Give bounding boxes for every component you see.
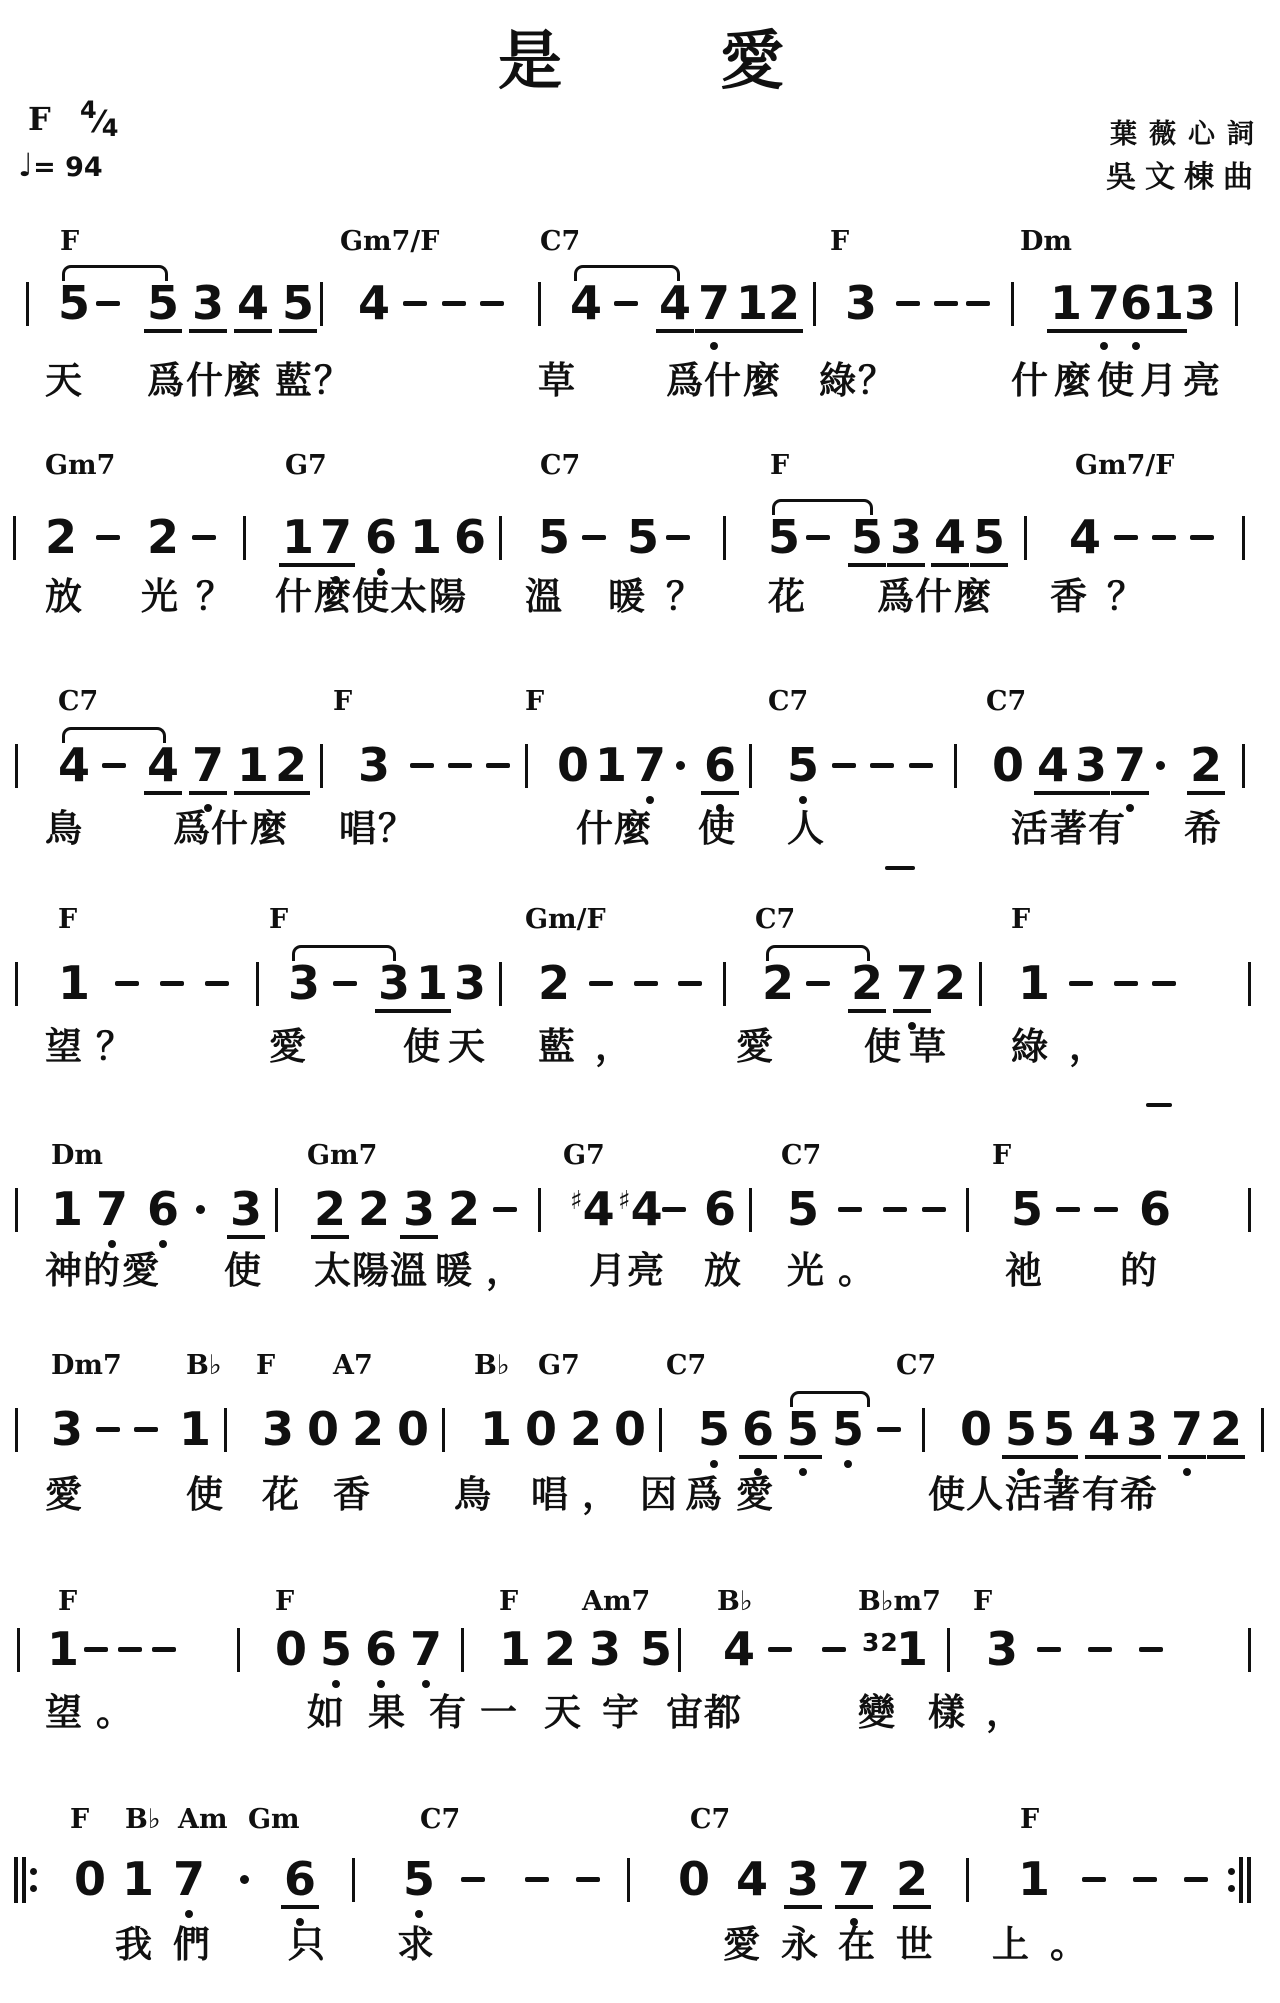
lyric-char: 花 [262,1476,299,1513]
tie-arc [292,945,396,961]
note-digit: ♯4 [618,1186,663,1232]
note-digit: 3 [1126,1406,1158,1452]
lyric-char: 爲 [147,362,184,399]
lyric-char: 溫 [525,578,562,615]
note-digit: 7 [838,1856,870,1902]
lyric-char: 麼 [314,578,351,615]
lyric-char: 愛 [736,1476,773,1513]
note-digit: 2 [934,960,966,1006]
low-octave-dot [185,1910,193,1918]
lyric-char: ， [582,1476,619,1513]
low-octave-dot [710,1460,718,1468]
duration-dash [666,535,690,540]
duration-dash [634,981,658,986]
key-letter: F [28,100,51,138]
note-digit: 5 [640,1626,672,1672]
lyric-char: 什 [1011,362,1048,399]
note-digit: 7 [173,1856,205,1902]
note-digit: 5 [1011,1186,1043,1232]
note-digit: 4 [1069,514,1101,560]
lyric-char: 什 [915,578,952,615]
lyric-char: 上 [992,1926,1029,1963]
lyric-char: 人 [787,810,824,847]
low-octave-dot [710,342,718,350]
chord-label: C7 [58,688,98,715]
note-digit: 1 [595,742,627,788]
note-digit: 1 [499,1626,531,1672]
duration-dash [966,301,990,306]
note-digit: ♯4 [570,1186,615,1232]
barline [442,1408,445,1452]
duration-dash [96,301,120,306]
chord-label: B♭ [186,1352,222,1379]
chord-label: F [992,1142,1011,1169]
lyric-char: 什 [186,362,223,399]
note-digit: 1 [122,1856,154,1902]
note-digit: 4 [659,280,691,326]
duration-dash [883,1207,907,1212]
note-digit: 4 [736,1856,768,1902]
note-digit: 3 [378,960,410,1006]
time-signature: 4⁄4 [80,96,118,142]
repeat-bar [1239,1857,1243,1903]
note-digit: 1 [179,1406,211,1452]
low-octave-dot [159,1240,167,1248]
chord-label: C7 [690,1806,730,1833]
lyric-char: 麼 [614,810,651,847]
note-digit: 1 [47,1626,79,1672]
barline [1261,1408,1264,1452]
lyric-char: 的 [83,1252,120,1289]
barline [659,1408,662,1452]
duration-dash [838,1207,862,1212]
note-digit: 1 [896,1626,928,1672]
lyric-char: 一 [480,1694,517,1731]
sheet-music-page: 是 愛 F 4⁄4 ♩= 94 葉薇心詞 吳文棟曲 FGm7/FC7FDm553… [0,0,1280,2003]
chord-label: F [1020,1806,1039,1833]
barline [1248,1188,1251,1232]
lyric-char: 綠 [1011,1028,1048,1065]
note-digit: 0 [74,1856,106,1902]
lyric-char: 都 [704,1694,741,1731]
lyric-char: 如 [307,1694,344,1731]
note-digit: 7 [896,960,928,1006]
duration-dash [461,1877,485,1882]
note-digit: 0 [992,742,1024,788]
barline [275,1188,278,1232]
barline [749,1188,752,1232]
note-digit: 6 [1120,280,1152,326]
lyric-char: 人 [966,1476,1003,1513]
lyric-char: 活 [1011,810,1048,847]
duration-dash [118,1647,142,1652]
lyric-char: 只 [288,1926,325,1963]
duration-dash [160,981,184,986]
note-digit: 1 [58,960,90,1006]
duration-dash [1152,981,1176,986]
note-digit: 2 [45,514,77,560]
barline [15,962,18,1006]
note-digit: 5 [973,514,1005,560]
lyric-char: ？ [378,810,415,847]
lyric-char: 麼 [250,810,287,847]
barline [813,282,816,326]
note-digit: 4 [237,280,269,326]
chord-label: F [499,1588,518,1615]
repeat-dot [30,1868,37,1875]
lyric-char: 香 [333,1476,370,1513]
lyric-char: 麼 [954,578,991,615]
duration-dash [934,301,958,306]
note-digit: 5 [1005,1406,1037,1452]
note-digit: 2 [768,280,800,326]
note-digit: 3 [262,1406,294,1452]
chord-label: Am [178,1806,228,1833]
barline [525,744,528,788]
note-digit: 3 [890,514,922,560]
lyric-char: 天 [45,362,82,399]
chord-label: F [1011,906,1030,933]
lyric-char: 溫 [390,1252,427,1289]
barline [256,962,259,1006]
duration-dash [896,301,920,306]
note-digit: 4 [358,280,390,326]
duration-dash [410,763,434,768]
chord-label: F [830,228,849,255]
duration-dash [806,981,830,986]
repeat-dots [30,1857,37,1903]
duration-dash [1152,535,1176,540]
sharp-icon: ♯ [570,1186,583,1216]
note-digit: 1 [237,742,269,788]
lyric-char: 著 [1043,1476,1080,1513]
chord-label: C7 [896,1352,936,1379]
note-digit: 2 [1210,1406,1242,1452]
repeat-dot [1228,1885,1235,1892]
barline [1011,282,1014,326]
chord-label: Gm7/F [340,228,439,255]
lyric-char: 望 [45,1694,82,1731]
song-title-char: 愛 [720,30,784,94]
tempo-marking: ♩= 94 [18,146,103,184]
note-digit: 2 [314,1186,346,1232]
lyric-char: 。 [1050,1926,1087,1963]
chord-label: C7 [666,1352,706,1379]
note-digit: 3 [986,1626,1018,1672]
barline [538,282,541,326]
low-octave-dot [1126,804,1134,812]
lyric-char: 草 [909,1028,946,1065]
lyric-char: 麼 [743,362,780,399]
tie-arc [574,265,680,281]
duration-dash [822,1647,846,1652]
note-digit: 4 [147,742,179,788]
lyric-char: 什 [576,810,613,847]
lyric-char: ？ [196,578,233,615]
lyric-char: 鳥 [45,810,82,847]
tie-arc [772,499,873,515]
time-bottom: 4 [102,114,119,142]
note-digit: 6 [704,1186,736,1232]
note-digit: 5 [787,1406,819,1452]
note-digit: 5 [1043,1406,1075,1452]
lyric-char: 爲 [666,362,703,399]
barline [678,1628,681,1672]
barline [1242,516,1245,560]
duration-dash [1114,981,1138,986]
lyric-char: 太 [314,1252,351,1289]
barline [723,962,726,1006]
note-digit: 7 [410,1626,442,1672]
duration-dash [134,1427,158,1432]
lyric-char: 著 [1050,810,1087,847]
note-digit: 5 [58,280,90,326]
note-digit: 5 [787,1186,819,1232]
barline [723,516,726,560]
note-digit: 2 [570,1406,602,1452]
lyric-char: 愛 [122,1252,159,1289]
lyric-char: 愛 [723,1926,760,1963]
chord-label: F [333,688,352,715]
lyric-char: 的 [1120,1252,1157,1289]
chord-label: Dm7 [51,1352,122,1379]
lyric-char: 亮 [1183,362,1220,399]
barline [922,1408,925,1452]
chord-label: F [60,228,79,255]
note-digit: 1 [410,514,442,560]
lyric-char: 果 [368,1694,405,1731]
note-digit: 6 [742,1406,774,1452]
repeat-bar [1247,1857,1251,1903]
note-digit: 3 [403,1186,435,1232]
duration-dash [589,981,613,986]
barline [954,744,957,788]
note-digit: 5 [627,514,659,560]
lyric-char: ？ [666,578,703,615]
lyric-char: 愛 [736,1028,773,1065]
lyric-char: 爲 [685,1476,722,1513]
note-digit: 2 [352,1406,384,1452]
note-digit: 6 [1139,1186,1171,1232]
chord-label: Gm/F [525,906,606,933]
note-digit: 4 [934,514,966,560]
note-digit: 6 [454,514,486,560]
barline [461,1628,464,1672]
note-digit: 0 [397,1406,429,1452]
duration-dash [1088,1647,1112,1652]
note-digit: 7 [96,1186,128,1232]
note-digit: 7 [634,742,666,788]
barline [499,962,502,1006]
note-digit: 5 [147,280,179,326]
barline [17,1628,20,1672]
note-digit: 6 [704,742,736,788]
duration-dash [102,763,126,768]
note-digit: 1 [1152,280,1184,326]
duration-dash [96,535,120,540]
repeat-start-sign [14,1857,37,1903]
lyric-char: 天 [544,1694,581,1731]
chord-label: F [256,1352,275,1379]
chord-label: F [973,1588,992,1615]
lyric-char: 有 [429,1694,466,1731]
lyric-char: 月 [1140,362,1177,399]
note-digit: 3 [787,1856,819,1902]
lyric-char: 花 [768,578,805,615]
note-digit: 5 [787,742,819,788]
lyric-char: 什 [704,362,741,399]
note-digit: 2 [358,1186,390,1232]
note-digit: 0 [525,1406,557,1452]
note-digit: 0 [557,742,589,788]
note-digit: 5 [282,280,314,326]
duration-dash [205,981,229,986]
note-digit: 4 [58,742,90,788]
note-digit: 0 [614,1406,646,1452]
repeat-dots [1228,1857,1235,1903]
duration-dash [870,763,894,768]
lyric-char: 。 [96,1694,133,1731]
note-digit: 6 [284,1856,316,1902]
note-digit: 7 [1114,742,1146,788]
barline [15,1188,18,1232]
duration-dash [115,981,139,986]
chord-label: G7 [563,1142,605,1169]
duration-dash [582,535,606,540]
duration-dash [333,981,357,986]
note-digit: 7 [698,280,730,326]
chord-label: Gm7 [45,452,115,479]
note-digit: 2 [147,514,179,560]
quarter-note-icon: ♩ [18,146,33,184]
note-digit: 1 [1018,960,1050,1006]
low-octave-dot [108,1240,116,1248]
note-digit: 1 [736,280,768,326]
chord-label: F [275,1588,294,1615]
barline [538,1188,541,1232]
chord-label: C7 [420,1806,460,1833]
note-digit: 2 [1190,742,1222,788]
chord-label: F [269,906,288,933]
duration-dash [877,1427,901,1432]
barline [352,1858,355,1902]
duration-dash [525,1877,549,1882]
note-digit: 3 [51,1406,83,1452]
barline [749,744,752,788]
note-digit: 6 [365,1626,397,1672]
lyric-char: 爲 [173,810,210,847]
barline [979,962,982,1006]
tie-arc [62,265,168,281]
barline [966,1858,969,1902]
lyric-char: 宇 [602,1694,639,1731]
duration-dash [1037,1647,1061,1652]
barline [1248,962,1251,1006]
barline [320,282,323,326]
duration-dash [1133,1877,1157,1882]
lyric-char: ？ [314,362,351,399]
chord-label: B♭ [125,1806,161,1833]
lyric-char: 放 [45,578,82,615]
lyric-char: 使 [403,1028,440,1065]
note-digit: 5 [768,514,800,560]
augmentation-dot [676,761,685,770]
key-signature: F [28,100,51,138]
lyric-char: 使 [698,810,735,847]
duration-dash [493,1207,517,1212]
lyric-char: 太 [390,578,427,615]
note-digit: 5 [698,1406,730,1452]
lyric-char: ， [986,1694,1023,1731]
lyric-char: 陽 [352,1252,389,1289]
chord-label: F [70,1806,89,1833]
tie-arc [62,727,166,743]
duration-dash [614,301,638,306]
lyric-char: 爲 [877,578,914,615]
lyric-char: 。 [838,1252,875,1289]
low-octave-dot [415,1910,423,1918]
note-digit: 1 [416,960,448,1006]
barline [224,1408,227,1452]
note-digit: 5 [851,514,883,560]
lyric-char: 什 [211,810,248,847]
chord-label: Gm7/F [1075,452,1174,479]
lyric-char: 藍 [538,1028,575,1065]
note-digit: 2 [544,1626,576,1672]
lyric-char: 有 [1082,1476,1119,1513]
note-digit: 2 [896,1856,928,1902]
note-digit: 4 [1037,742,1069,788]
chord-label: F [770,452,789,479]
chord-label: A7 [333,1352,373,1379]
repeat-dot [30,1885,37,1892]
note-digit: 3 [358,742,390,788]
lyric-char: 綠 [819,362,856,399]
chord-label: C7 [755,906,795,933]
lyric-char: 亮 [627,1252,664,1289]
note-digit: 3 [845,280,877,326]
lyric-char: 愛 [45,1476,82,1513]
chord-label: C7 [986,688,1026,715]
lyric-char: 活 [1005,1476,1042,1513]
lyric-char: 變 [858,1694,895,1731]
lyric-char: 草 [538,362,575,399]
duration-dash [922,1207,946,1212]
note-digit: 0 [960,1406,992,1452]
duration-dash [480,301,504,306]
lyric-char: 希 [1120,1476,1157,1513]
duration-dash [448,763,472,768]
lyric-char: 香 [1050,578,1087,615]
duration-dash [662,1207,686,1212]
chord-label: F [58,1588,77,1615]
duration-dash [96,1427,120,1432]
lyric-char: 藍 [275,362,312,399]
barline [237,1628,240,1672]
low-octave-dot [377,1680,385,1688]
note-digit: 0 [275,1626,307,1672]
low-octave-dot [1100,342,1108,350]
time-top: 4 [80,96,97,124]
lyric-char: 使 [928,1476,965,1513]
lyric-char: 永 [781,1926,818,1963]
note-digit: 5 [832,1406,864,1452]
duration-dash [1056,1207,1080,1212]
lyric-char: 因 [640,1476,677,1513]
note-digit: 1 [282,514,314,560]
barline [1235,282,1238,326]
lyric-char: 使 [186,1476,223,1513]
